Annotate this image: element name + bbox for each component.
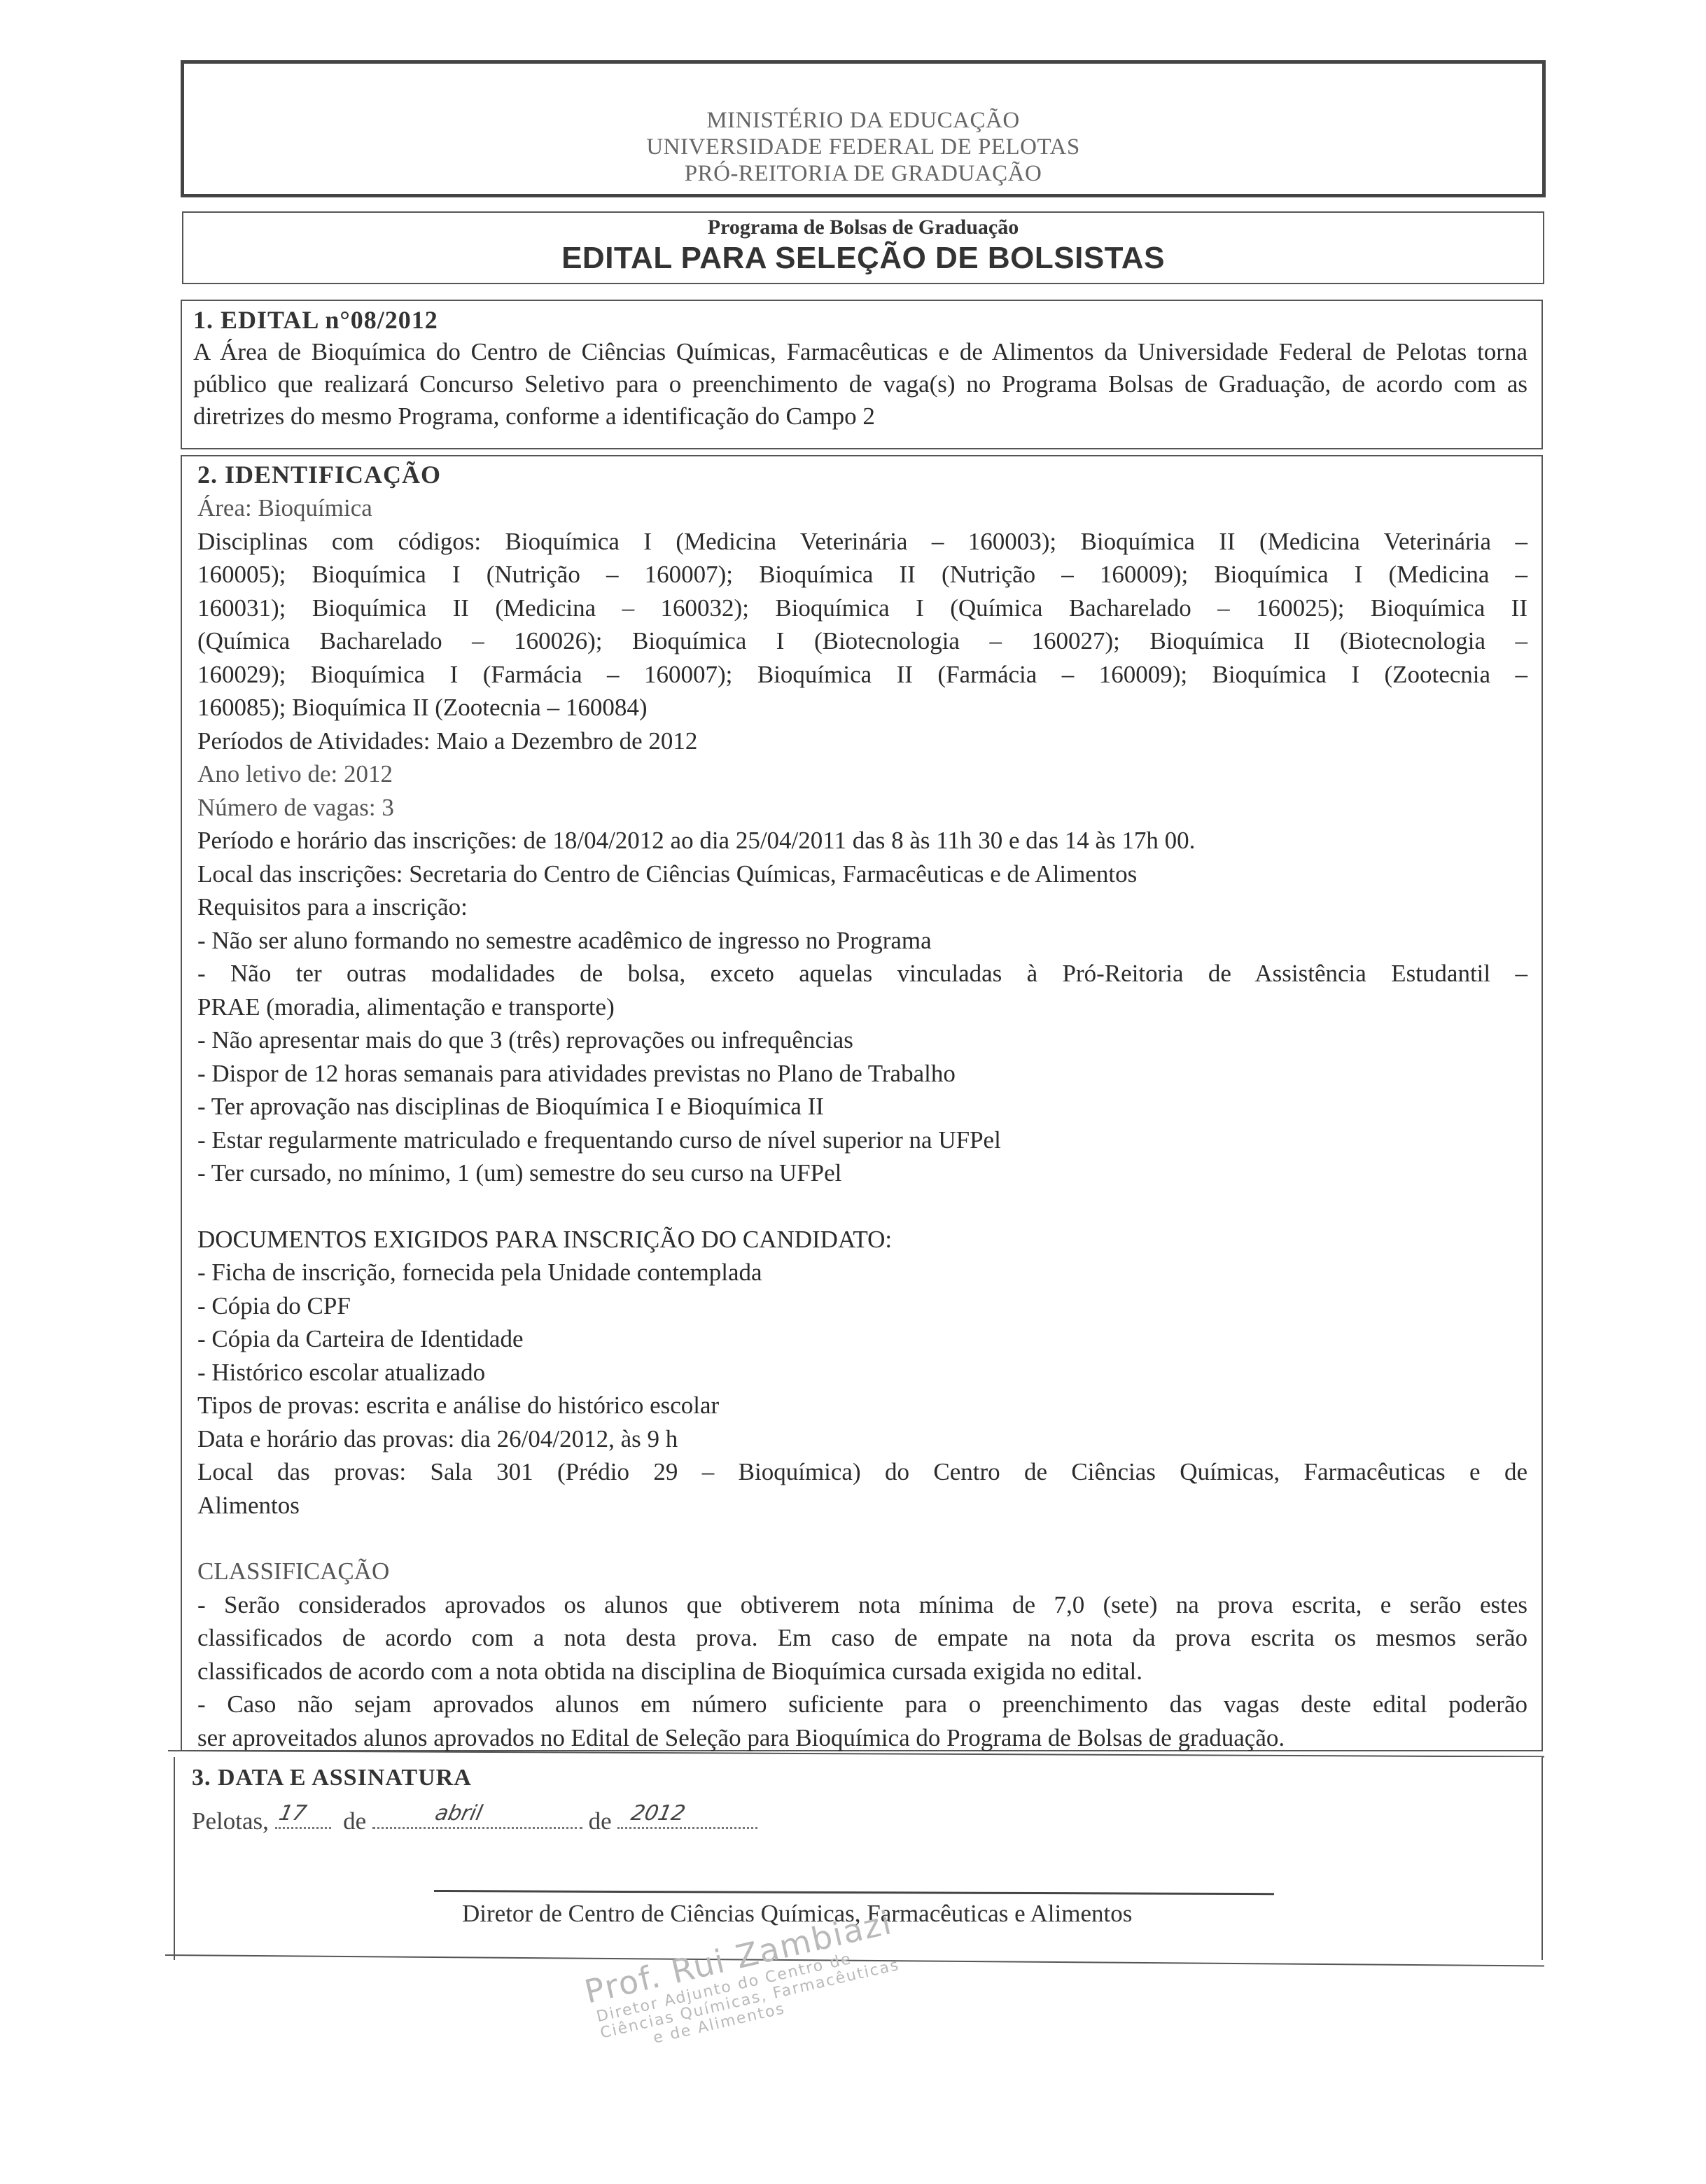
program-name: Programa de Bolsas de Graduação [183,216,1543,239]
requisito-item: - Ter aprovação nas disciplinas de Bioqu… [197,1090,1527,1123]
local-inscricoes: Local das inscrições: Secretaria do Cent… [197,857,1527,891]
section-1-body: A Área de Bioquímica do Centro de Ciênci… [193,336,1527,433]
requisito-item: - Ter cursado, no mínimo, 1 (um) semestr… [197,1156,1527,1190]
day-handwritten: 17 [277,1801,309,1826]
month-handwritten: abril [433,1801,484,1826]
documento-item: - Cópia do CPF [197,1289,1527,1323]
office-name: PRÓ-REITORIA DE GRADUAÇÃO [184,160,1542,187]
requisito-item: - Dispor de 12 horas semanais para ativi… [197,1057,1527,1091]
numero-vagas: Número de vagas: 3 [197,791,1527,825]
disciplinas: Disciplinas com códigos: Bioquímica I (M… [197,525,1527,724]
section-2-title: 2. IDENTIFICAÇÃO [197,458,1527,491]
disciplina-line: 160029); Bioquímica I (Farmácia – 160007… [197,658,1527,692]
disciplina-line: 160085); Bioquímica II (Zootecnia – 1600… [197,691,1527,724]
classificacao-line: classificados de acordo com a nota obtid… [197,1655,1527,1688]
disciplina-line: 160005); Bioquímica I (Nutrição – 160007… [197,558,1527,591]
classificacao-line: classificados de acordo com a nota desta… [197,1621,1527,1655]
documentos-list: - Ficha de inscrição, fornecida pela Uni… [197,1256,1527,1389]
requisitos-list: - Não ser aluno formando no semestre aca… [197,924,1527,1190]
classificacao-text: - Serão considerados aprovados os alunos… [197,1588,1527,1755]
month-field[interactable]: abril [372,1807,582,1829]
section-1-title: 1. EDITAL n°08/2012 [193,304,1527,336]
disciplina-line: (Química Bacharelado – 160026); Bioquími… [197,624,1527,658]
classificacao-line: ser aproveitados alunos aprovados no Edi… [197,1721,1527,1755]
local-provas-line: Local das provas: Sala 301 (Prédio 29 – … [197,1455,1527,1489]
city-label: Pelotas, [192,1807,269,1835]
area: Área: Bioquímica [197,491,1527,525]
requisito-item: PRAE (moradia, alimentação e transporte) [197,990,1527,1024]
requisito-item: - Estar regularmente matriculado e frequ… [197,1123,1527,1157]
de-label-2: de [589,1807,612,1835]
documento-item: - Histórico escolar atualizado [197,1356,1527,1389]
section-3-title: 3. DATA E ASSINATURA [192,1761,1527,1795]
classificacao-line: - Caso não sejam aprovados alunos em núm… [197,1688,1527,1721]
section-edital: 1. EDITAL n°08/2012 A Área de Bioquímica… [181,300,1543,449]
periodo-atividades: Períodos de Atividades: Maio a Dezembro … [197,724,1527,758]
local-provas: Local das provas: Sala 301 (Prédio 29 – … [197,1455,1527,1522]
data-provas: Data e horário das provas: dia 26/04/201… [197,1422,1527,1456]
program-box: Programa de Bolsas de Graduação EDITAL P… [182,211,1544,284]
local-provas-line: Alimentos [197,1489,1527,1522]
header-box: MINISTÉRIO DA EDUCAÇÃO UNIVERSIDADE FEDE… [181,60,1546,197]
year-handwritten: 2012 [629,1801,688,1826]
classificacao-title: CLASSIFICAÇÃO [197,1555,1527,1588]
periodo-inscricoes: Período e horário das inscrições: de 18/… [197,824,1527,857]
classificacao-line: - Serão considerados aprovados os alunos… [197,1588,1527,1622]
disciplina-line: 160031); Bioquímica II (Medicina – 16003… [197,591,1527,625]
university-name: UNIVERSIDADE FEDERAL DE PELOTAS [184,134,1542,160]
requisito-item: - Não ter outras modalidades de bolsa, e… [197,957,1527,990]
documento-item: - Cópia da Carteira de Identidade [197,1322,1527,1356]
documento-item: - Ficha de inscrição, fornecida pela Uni… [197,1256,1527,1289]
requisito-item: - Não apresentar mais do que 3 (três) re… [197,1023,1527,1057]
section-identificacao: 2. IDENTIFICAÇÃO Área: Bioquímica Discip… [181,455,1543,1751]
documentos-title: DOCUMENTOS EXIGIDOS PARA INSCRIÇÃO DO CA… [197,1223,1527,1256]
day-field[interactable]: 17 [275,1807,331,1829]
document-title: EDITAL PARA SELEÇÃO DE BOLSISTAS [183,241,1543,276]
date-line: Pelotas, 17 de abril de 2012 [192,1807,1527,1835]
de-label-1: de [343,1807,366,1835]
ministry-name: MINISTÉRIO DA EDUCAÇÃO [184,107,1542,134]
ano-letivo: Ano letivo de: 2012 [197,757,1527,791]
year-field[interactable]: 2012 [617,1807,757,1829]
disciplina-line: Disciplinas com códigos: Bioquímica I (M… [197,525,1527,559]
tipos-provas: Tipos de provas: escrita e análise do hi… [197,1389,1527,1422]
requisitos-title: Requisitos para a inscrição: [197,890,1527,924]
requisito-item: - Não ser aluno formando no semestre aca… [197,924,1527,958]
